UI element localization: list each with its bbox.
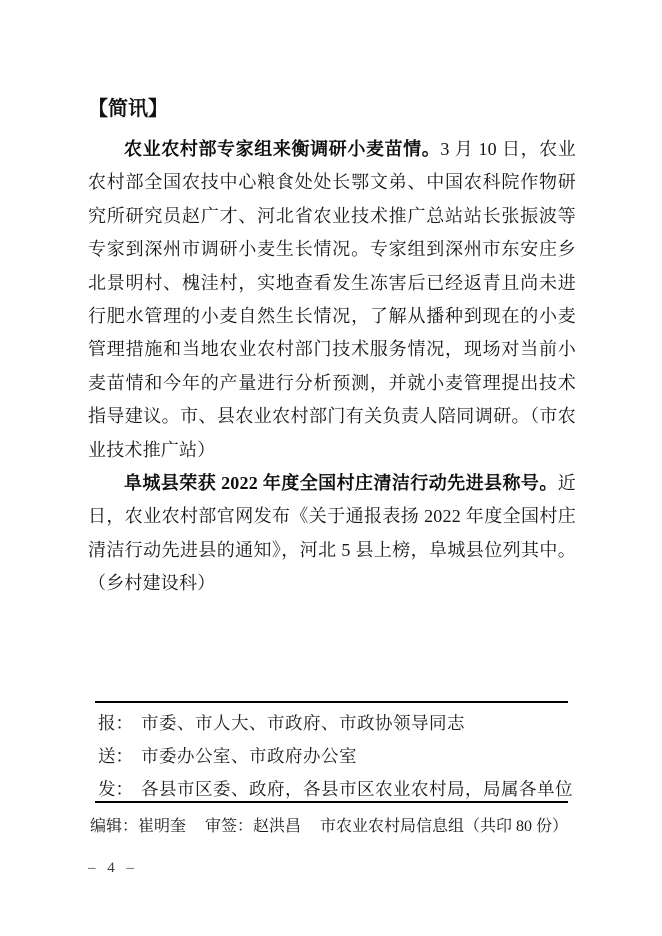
distribution-content-issue: 各县市区委、政府，各县市区农业农村局，局属各单位 bbox=[141, 776, 573, 801]
divider-bottom bbox=[95, 801, 568, 803]
distribution-row-send: 送： 市委办公室、市政府办公室 bbox=[98, 739, 568, 772]
reviewer-group: 审签：赵洪昌 bbox=[205, 813, 301, 836]
distribution-label-send: 送： bbox=[98, 743, 133, 768]
divider-top bbox=[95, 701, 568, 703]
editor-label: 编辑： bbox=[90, 818, 138, 835]
brief-title-2: 阜城县荣获 2022 年度全国村庄清洁行动先进县称号。 bbox=[124, 473, 558, 493]
distribution-content-report: 市委、市人大、市政府、市政协领导同志 bbox=[141, 710, 465, 735]
editor-group: 编辑：崔明奎 bbox=[90, 813, 186, 836]
section-title: 【简讯】 bbox=[88, 97, 576, 121]
reviewer-name: 赵洪昌 bbox=[253, 818, 301, 835]
reviewer-label: 审签： bbox=[205, 818, 253, 835]
brief-item-2: 阜城县荣获 2022 年度全国村庄清洁行动先进县称号。近日，农业农村部官网发布《… bbox=[88, 467, 576, 601]
brief-item-1: 农业农村部专家组来衡调研小麦苗情。3 月 10 日，农业农村部全国农技中心粮食处… bbox=[88, 133, 576, 467]
editor-name: 崔明奎 bbox=[138, 818, 186, 835]
document-page: 【简讯】 农业农村部专家组来衡调研小麦苗情。3 月 10 日，农业农村部全国农技… bbox=[0, 0, 662, 936]
content-area: 【简讯】 农业农村部专家组来衡调研小麦苗情。3 月 10 日，农业农村部全国农技… bbox=[88, 97, 576, 601]
publisher-info: 市农业农村局信息组（共印 80 份） bbox=[320, 813, 568, 836]
distribution-content-send: 市委办公室、市政府办公室 bbox=[141, 743, 357, 768]
brief-body-1: 3 月 10 日，农业农村部全国农技中心粮食处处长鄂文弟、中国农科院作物研究所研… bbox=[88, 139, 576, 460]
page-number: – 4 – bbox=[88, 860, 138, 877]
distribution-list: 报： 市委、市人大、市政府、市政协领导同志 送： 市委办公室、市政府办公室 发：… bbox=[98, 706, 568, 805]
colophon: 编辑：崔明奎 审签：赵洪昌 市农业农村局信息组（共印 80 份） bbox=[90, 813, 568, 836]
distribution-row-report: 报： 市委、市人大、市政府、市政协领导同志 bbox=[98, 706, 568, 739]
distribution-label-issue: 发： bbox=[98, 776, 133, 801]
distribution-label-report: 报： bbox=[98, 710, 133, 735]
brief-title-1: 农业农村部专家组来衡调研小麦苗情。 bbox=[124, 139, 440, 159]
